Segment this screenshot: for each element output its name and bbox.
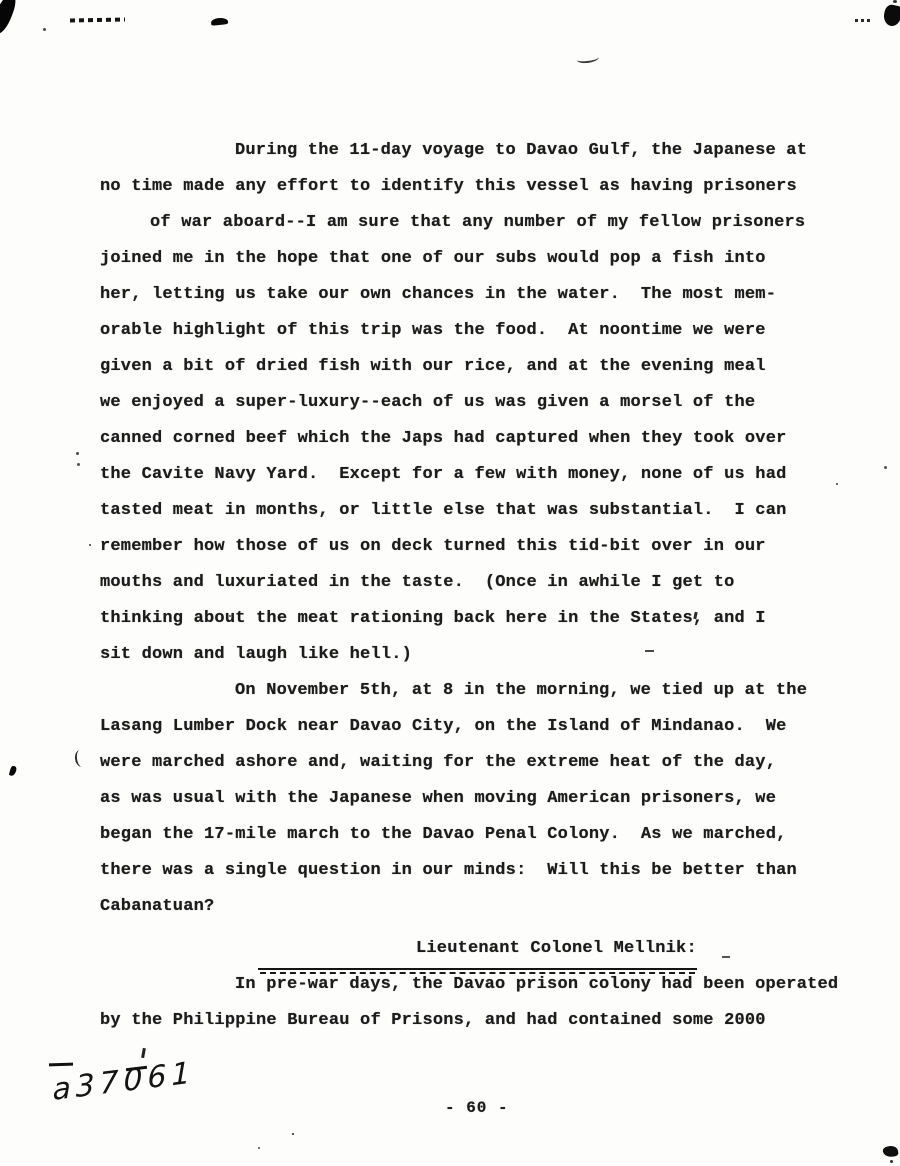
margin-comma-mark (9, 765, 17, 776)
text-line-content: canned corned beef which the Japs had ca… (100, 429, 787, 448)
ink-spot-top-mark (211, 17, 229, 26)
text-line-content: of war aboard--I am sure that any number… (150, 213, 805, 232)
text-line: given a bit of dried fish with our rice,… (100, 349, 840, 385)
text-line: thinking about the meat rationing back h… (100, 601, 840, 637)
speck-mark (292, 1133, 294, 1135)
text-line-content: joined me in the hope that one of our su… (100, 249, 766, 268)
text-line: of war aboard--I am sure that any number… (100, 205, 840, 241)
page-number: - 60 - (445, 1099, 509, 1117)
speck-mark (884, 466, 887, 469)
text-line: as was usual with the Japanese when movi… (100, 781, 840, 817)
text-line-content: there was a single question in our minds… (100, 861, 797, 880)
dot-bottom-right-mark (890, 1160, 893, 1163)
text-line-content: mouths and luxuriated in the taste. (Onc… (100, 573, 735, 592)
text-line-content: no time made any effort to identify this… (100, 177, 797, 196)
text-line-content: remember how those of us on deck turned … (100, 537, 766, 556)
text-line-content: as was usual with the Japanese when movi… (100, 789, 776, 808)
speck-mark (43, 28, 46, 31)
handwritten-note: a37061 (52, 1055, 195, 1108)
text-line-content: orable highlight of this trip was the fo… (100, 321, 766, 340)
text-line-content: On November 5th, at 8 in the morning, we… (235, 681, 807, 700)
text-line-content: Lieutenant Colonel Mellnik: (258, 931, 697, 970)
text-line-content: we enjoyed a super-luxury--each of us wa… (100, 393, 755, 412)
specks-top-right-mark (855, 19, 871, 22)
text-line-content: thinking about the meat rationing back h… (100, 609, 766, 628)
text-line-content: were marched ashore and, waiting for the… (100, 753, 776, 772)
text-line-content: by the Philippine Bureau of Prisons, and… (100, 1011, 766, 1030)
text-line: the Cavite Navy Yard. Except for a few w… (100, 457, 840, 493)
bottom-dash-mark (49, 1063, 73, 1067)
text-line-content: given a bit of dried fish with our rice,… (100, 357, 766, 376)
text-line: mouths and luxuriated in the taste. (Onc… (100, 565, 840, 601)
typewritten-text: During the 11-day voyage to Davao Gulf, … (100, 133, 840, 1039)
text-line-content: sit down and laugh like hell.) (100, 645, 412, 664)
text-line: Cabanatuan? (100, 889, 840, 925)
text-line-content: tasted meat in months, or little else th… (100, 501, 787, 520)
text-line: During the 11-day voyage to Davao Gulf, … (100, 133, 840, 169)
text-line-content: Lasang Lumber Dock near Davao City, on t… (100, 717, 787, 736)
text-line-content: Cabanatuan? (100, 897, 214, 916)
text-line-content: the Cavite Navy Yard. Except for a few w… (100, 465, 787, 484)
scanned-document-page: During the 11-day voyage to Davao Gulf, … (0, 0, 900, 1166)
text-line: orable highlight of this trip was the fo… (100, 313, 840, 349)
dot-top-right-mark (893, 0, 897, 3)
text-line: were marched ashore and, waiting for the… (100, 745, 840, 781)
squiggle-mark (577, 53, 600, 64)
text-line: remember how those of us on deck turned … (100, 529, 840, 565)
ink-blob-top-left-mark (0, 0, 19, 36)
text-line: there was a single question in our minds… (100, 853, 840, 889)
text-line: Lieutenant Colonel Mellnik: (100, 931, 840, 967)
text-line: canned corned beef which the Japs had ca… (100, 421, 840, 457)
text-line: by the Philippine Bureau of Prisons, and… (100, 1003, 840, 1039)
text-line: Lasang Lumber Dock near Davao City, on t… (100, 709, 840, 745)
text-line-content: During the 11-day voyage to Davao Gulf, … (235, 141, 807, 160)
ink-blob-top-right-mark (882, 3, 900, 27)
text-line-content: In pre-war days, the Davao prison colony… (235, 975, 838, 994)
text-line: tasted meat in months, or little else th… (100, 493, 840, 529)
text-line: we enjoyed a super-luxury--each of us wa… (100, 385, 840, 421)
margin-paren-mark (74, 749, 86, 767)
text-line: sit down and laugh like hell.) (100, 637, 840, 673)
dashed-line-top-mark (70, 18, 125, 23)
text-line: began the 17-mile march to the Davao Pen… (100, 817, 840, 853)
speck-mark (89, 544, 91, 546)
bottom-tick-mark (141, 1048, 146, 1058)
margin-colon-mark (76, 452, 79, 455)
text-line-content: her, letting us take our own chances in … (100, 285, 776, 304)
text-line: no time made any effort to identify this… (100, 169, 840, 205)
text-line: her, letting us take our own chances in … (100, 277, 840, 313)
text-line: On November 5th, at 8 in the morning, we… (100, 673, 840, 709)
speck-mark (258, 1147, 260, 1149)
text-line-content: began the 17-mile march to the Davao Pen… (100, 825, 787, 844)
text-line: joined me in the hope that one of our su… (100, 241, 840, 277)
ink-blob-bottom-right-mark (882, 1145, 899, 1158)
